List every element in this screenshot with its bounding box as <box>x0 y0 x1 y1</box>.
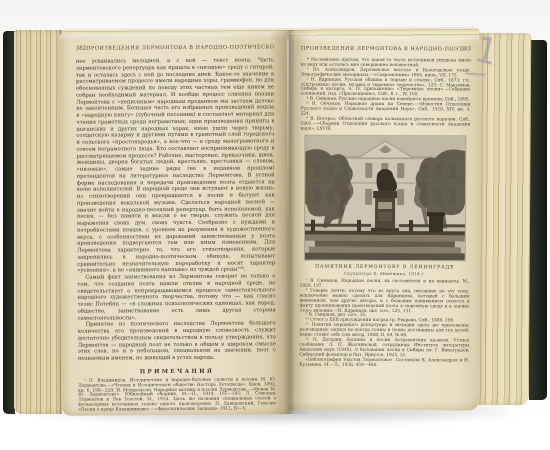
footnote: ⁸ Говорю: почти, потому что из круга лиц… <box>300 289 470 314</box>
notes-heading: ПРИМЕЧАНИЯ <box>78 368 276 375</box>
right-footnotes-top: * Несомненно притом, что какая-то часть … <box>300 59 470 133</box>
right-footnotes-bottom: ⁷ В. Симаков, Народные песни, их состави… <box>299 280 469 369</box>
left-paragraph-2: Самый факт заимствования из Лермонтова г… <box>77 273 275 322</box>
left-running-title: ПРОИЗВЕДЕНИЯ ЛЕРМОНТОВА В НАРОДНО-ПОЭТИЧ… <box>86 44 274 51</box>
footnote: ¹² П. Догадин, Былины и песни Астраханск… <box>299 339 469 360</box>
left-page-header: 382 ПРОИЗВЕДЕНИЯ ЛЕРМОНТОВА В НАРОДНО-ПО… <box>76 44 274 51</box>
footnote: «Библиография текстов Лермонтова». Соста… <box>299 358 469 369</box>
monument-steps <box>305 234 465 260</box>
photo-caption-title: ПАМЯТНИК ЛЕРМОНТОВУ В ЛЕНИНГРАДЕ <box>300 264 470 270</box>
right-page-header: ПРОИЗВЕДЕНИЯ ЛЕРМОНТОВА В НАРОДНО-ПОЭТИЧ… <box>301 46 471 53</box>
left-footnote-1: ¹ П. Владимиров, Исторические и народно-… <box>78 378 276 414</box>
right-running-title: ПРОИЗВЕДЕНИЯ ЛЕРМОНТОВА В НАРОДНО-ПОЭТИЧ… <box>301 46 461 53</box>
page-stack-right <box>477 33 532 405</box>
stone-urn <box>429 214 443 232</box>
right-page: ПРОИЗВЕДЕНИЯ ЛЕРМОНТОВА В НАРОДНО-ПОЭТИЧ… <box>287 35 481 410</box>
footnote: ³ Н. Ядринцев, Русская община в тюрьме и… <box>301 78 471 99</box>
photo-caption-subtitle: Скульптура Б. Микешина, 1914 г. <box>300 271 470 277</box>
book-cover-right <box>529 40 547 400</box>
open-book-photo: 382 ПРОИЗВЕДЕНИЯ ЛЕРМОНТОВА В НАРОДНО-ПО… <box>0 0 550 450</box>
footnote: ⁶ В. Богораз, Областной словарь колымско… <box>300 117 470 133</box>
left-page: 382 ПРОИЗВЕДЕНИЯ ЛЕРМОНТОВА В НАРОДНО-ПО… <box>59 32 290 416</box>
monument-photo <box>305 135 466 260</box>
left-paragraph-1: нее усваивались мелодией, а с ней — текс… <box>76 57 276 274</box>
page-stack-left <box>14 30 62 414</box>
left-page-number: 382 <box>76 46 86 52</box>
left-paragraph-3: Принятие из поэтического наследства Лерм… <box>78 321 276 363</box>
